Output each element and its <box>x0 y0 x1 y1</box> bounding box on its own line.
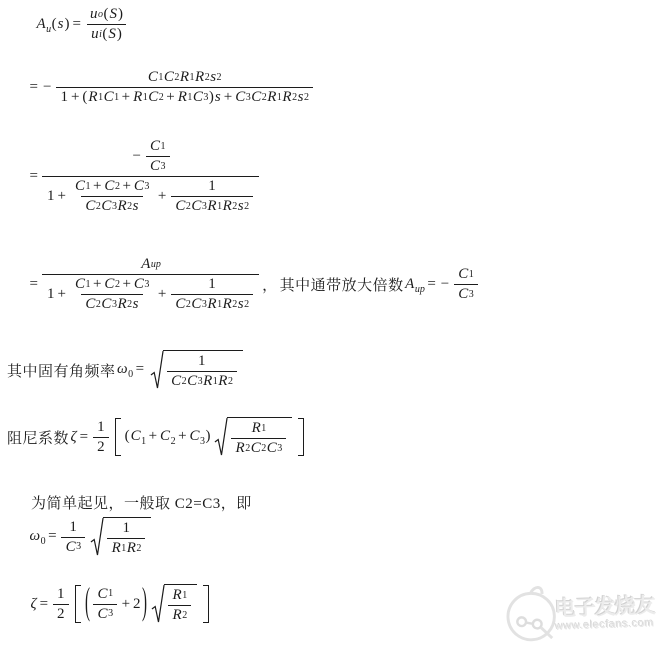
radicand: 1 R1R2 <box>103 517 151 557</box>
math-run: C1+C2+C3 <box>70 276 153 294</box>
equation-transfer-function-definition: Au(s)= uo(S) ui(S) <box>36 6 129 43</box>
passband-gain-label: 其中通带放大倍数 <box>279 274 405 295</box>
radical-sign-icon <box>150 350 164 390</box>
math-run: Aup <box>137 256 165 274</box>
math-run: ui(S) <box>87 24 127 43</box>
math-run: 1 <box>204 178 221 196</box>
math-run: ω0= <box>29 528 59 546</box>
equation-normalized-form: = − C1 C3 1+ C1+C2+C3 C2C3R2s <box>27 138 261 215</box>
radical-sign-icon <box>214 417 228 457</box>
radicand: 1 C2C3R1R2 <box>163 350 243 390</box>
math-run: R2C2C3 <box>231 438 286 457</box>
math-run: = <box>27 276 40 293</box>
radical-sign-icon <box>151 584 165 624</box>
left-paren: ( <box>84 582 91 625</box>
natural-frequency-label: 其中固有角频率 <box>6 360 117 381</box>
fraction-denominator: 1+ C1+C2+C3 C2C3R2s + 1 C2C3R1R2s2 <box>42 176 259 215</box>
fraction: − C1 C3 1+ C1+C2+C3 C2C3R2s + 1 <box>42 138 259 215</box>
math-run: C2C3R1R2 <box>167 371 237 390</box>
fraction: C1+C2+C3 C2C3R2s <box>70 276 153 313</box>
fraction: C1 C3 <box>146 138 170 175</box>
equation-damping-coefficient: 阻尼系数 ζ= 1 2 (C1+C2+C3) R1 R2C2C3 <box>6 417 308 457</box>
math-run: 1 <box>93 419 110 437</box>
radicand: R1 R2 <box>164 584 197 624</box>
math-run: 1 <box>204 276 221 294</box>
damping-label: 阻尼系数 <box>6 427 70 448</box>
bracket-group: ( C1 C3 +2 ) R1 R2 <box>73 584 211 624</box>
math-run: =− <box>27 79 54 96</box>
equation-natural-frequency: 其中固有角频率 ω0= 1 C2C3R1R2 <box>6 350 246 390</box>
fraction: 1 C2C3R1R2s2 <box>171 178 253 215</box>
math-run: 2 <box>53 604 70 623</box>
right-paren: ) <box>141 582 148 625</box>
square-root: 1 R1R2 <box>90 517 151 557</box>
math-run: C2C3R2s <box>81 196 143 215</box>
math-run: C1C2R1R2s2 <box>143 69 225 87</box>
square-root: R1 R2 <box>151 584 197 624</box>
watermark-brand-text: 电子发烧友 <box>554 589 655 622</box>
math-run: 1 <box>65 519 82 537</box>
fraction: C1 C3 <box>454 266 478 303</box>
elecfans-watermark: 电子发烧友 www.elecfans.com <box>502 579 656 644</box>
math-run: (C1+C2+C3) <box>124 428 211 446</box>
fraction-numerator: − C1 C3 <box>126 138 175 176</box>
fraction: 1 C3 <box>61 519 85 556</box>
math-run: R1R2 <box>107 538 145 557</box>
math-run: C1+C2+C3 <box>70 178 153 196</box>
math-run: Aup=− <box>405 276 452 294</box>
math-run: 1+(R1C1+R1C2+R1C3)s+C3C2R1R2s2 <box>56 87 313 106</box>
fraction: R1 R2 <box>168 587 191 624</box>
watermark-text-block: 电子发烧友 www.elecfans.com <box>554 589 655 632</box>
text-simplification-note: 为简单起见，一般取 C2=C3，即 <box>30 492 253 513</box>
math-run: R1 <box>168 587 191 605</box>
fraction: 1 C2C3R1R2 <box>167 353 237 390</box>
math-run: − <box>130 148 143 165</box>
math-run: 2 <box>93 437 110 456</box>
bracket-group: (C1+C2+C3) R1 R2C2C3 <box>113 417 306 457</box>
right-bracket <box>298 418 304 456</box>
math-run: C3 <box>454 284 478 303</box>
math-run: 1 <box>118 520 135 538</box>
math-run: C2C3R1R2s2 <box>171 294 253 313</box>
fraction: C1 C3 <box>93 586 117 623</box>
fraction: 1 2 <box>53 586 70 623</box>
radical-sign-icon <box>90 517 104 557</box>
math-run: C3 <box>61 537 85 556</box>
equation-zeta-simplified: ζ= 1 2 ( C1 C3 +2 ) <box>30 584 213 624</box>
watermark-url-text: www.elecfans.com <box>555 617 655 632</box>
math-run: C3 <box>146 156 170 175</box>
right-bracket <box>203 585 209 623</box>
math-run: + <box>155 188 168 205</box>
elecfans-logo-icon <box>502 583 562 645</box>
math-run: C1 <box>93 586 117 604</box>
math-run: C1 <box>454 266 478 284</box>
math-run: ζ= <box>70 429 91 446</box>
fraction: C1+C2+C3 C2C3R2s <box>70 178 153 215</box>
fraction: uo(S) ui(S) <box>85 6 127 43</box>
fraction: C1C2R1R2s2 1+(R1C1+R1C2+R1C3)s+C3C2R1R2s… <box>56 69 313 106</box>
fraction: R1 R2C2C3 <box>231 420 286 457</box>
math-run: Au(s)= <box>36 16 83 34</box>
math-run: C2C3R2s <box>81 294 143 313</box>
fraction-denominator: 1+ C1+C2+C3 C2C3R2s + 1 C2C3R1R2s2 <box>42 274 259 313</box>
math-run: ζ= <box>30 596 51 613</box>
square-root: 1 C2C3R1R2 <box>150 350 243 390</box>
math-run: uo(S) <box>85 6 127 24</box>
math-run: 1 <box>194 353 211 371</box>
math-run: = <box>27 168 40 185</box>
equation-transfer-function-expanded: =− C1C2R1R2s2 1+(R1C1+R1C2+R1C3)s+C3C2R1… <box>27 69 315 106</box>
equation-aup-form: = Aup 1+ C1+C2+C3 C2C3R2s + 1 C2C3R1R2s2 <box>27 256 480 313</box>
document-page: Au(s)= uo(S) ui(S) =− C1C2R1R2s2 1+(R1C1… <box>0 0 665 646</box>
math-run: ω0= <box>117 361 147 379</box>
equation-omega0-simplified: ω0= 1 C3 1 R1R2 <box>29 517 154 557</box>
note-text: 为简单起见，一般取 C2=C3，即 <box>30 492 253 513</box>
square-root: R1 R2C2C3 <box>214 417 292 457</box>
radicand: R1 R2C2C3 <box>227 417 292 457</box>
fraction: 1 2 <box>93 419 110 456</box>
math-run: C1 <box>146 138 170 156</box>
math-run: C2C3R1R2s2 <box>171 196 253 215</box>
math-run: 1+ <box>46 286 68 303</box>
math-run: 1 <box>53 586 70 604</box>
math-run: +2 <box>119 596 141 613</box>
fraction: Aup 1+ C1+C2+C3 C2C3R2s + 1 C2C3R1R2s2 <box>42 256 259 313</box>
comma-text: ， <box>261 274 279 295</box>
math-run: R1 <box>247 420 270 438</box>
fraction: 1 C2C3R1R2s2 <box>171 276 253 313</box>
fraction: 1 R1R2 <box>107 520 145 557</box>
math-run: C3 <box>93 604 117 623</box>
math-run: + <box>155 286 168 303</box>
math-run: 1+ <box>46 188 68 205</box>
math-run: R2 <box>168 605 191 624</box>
